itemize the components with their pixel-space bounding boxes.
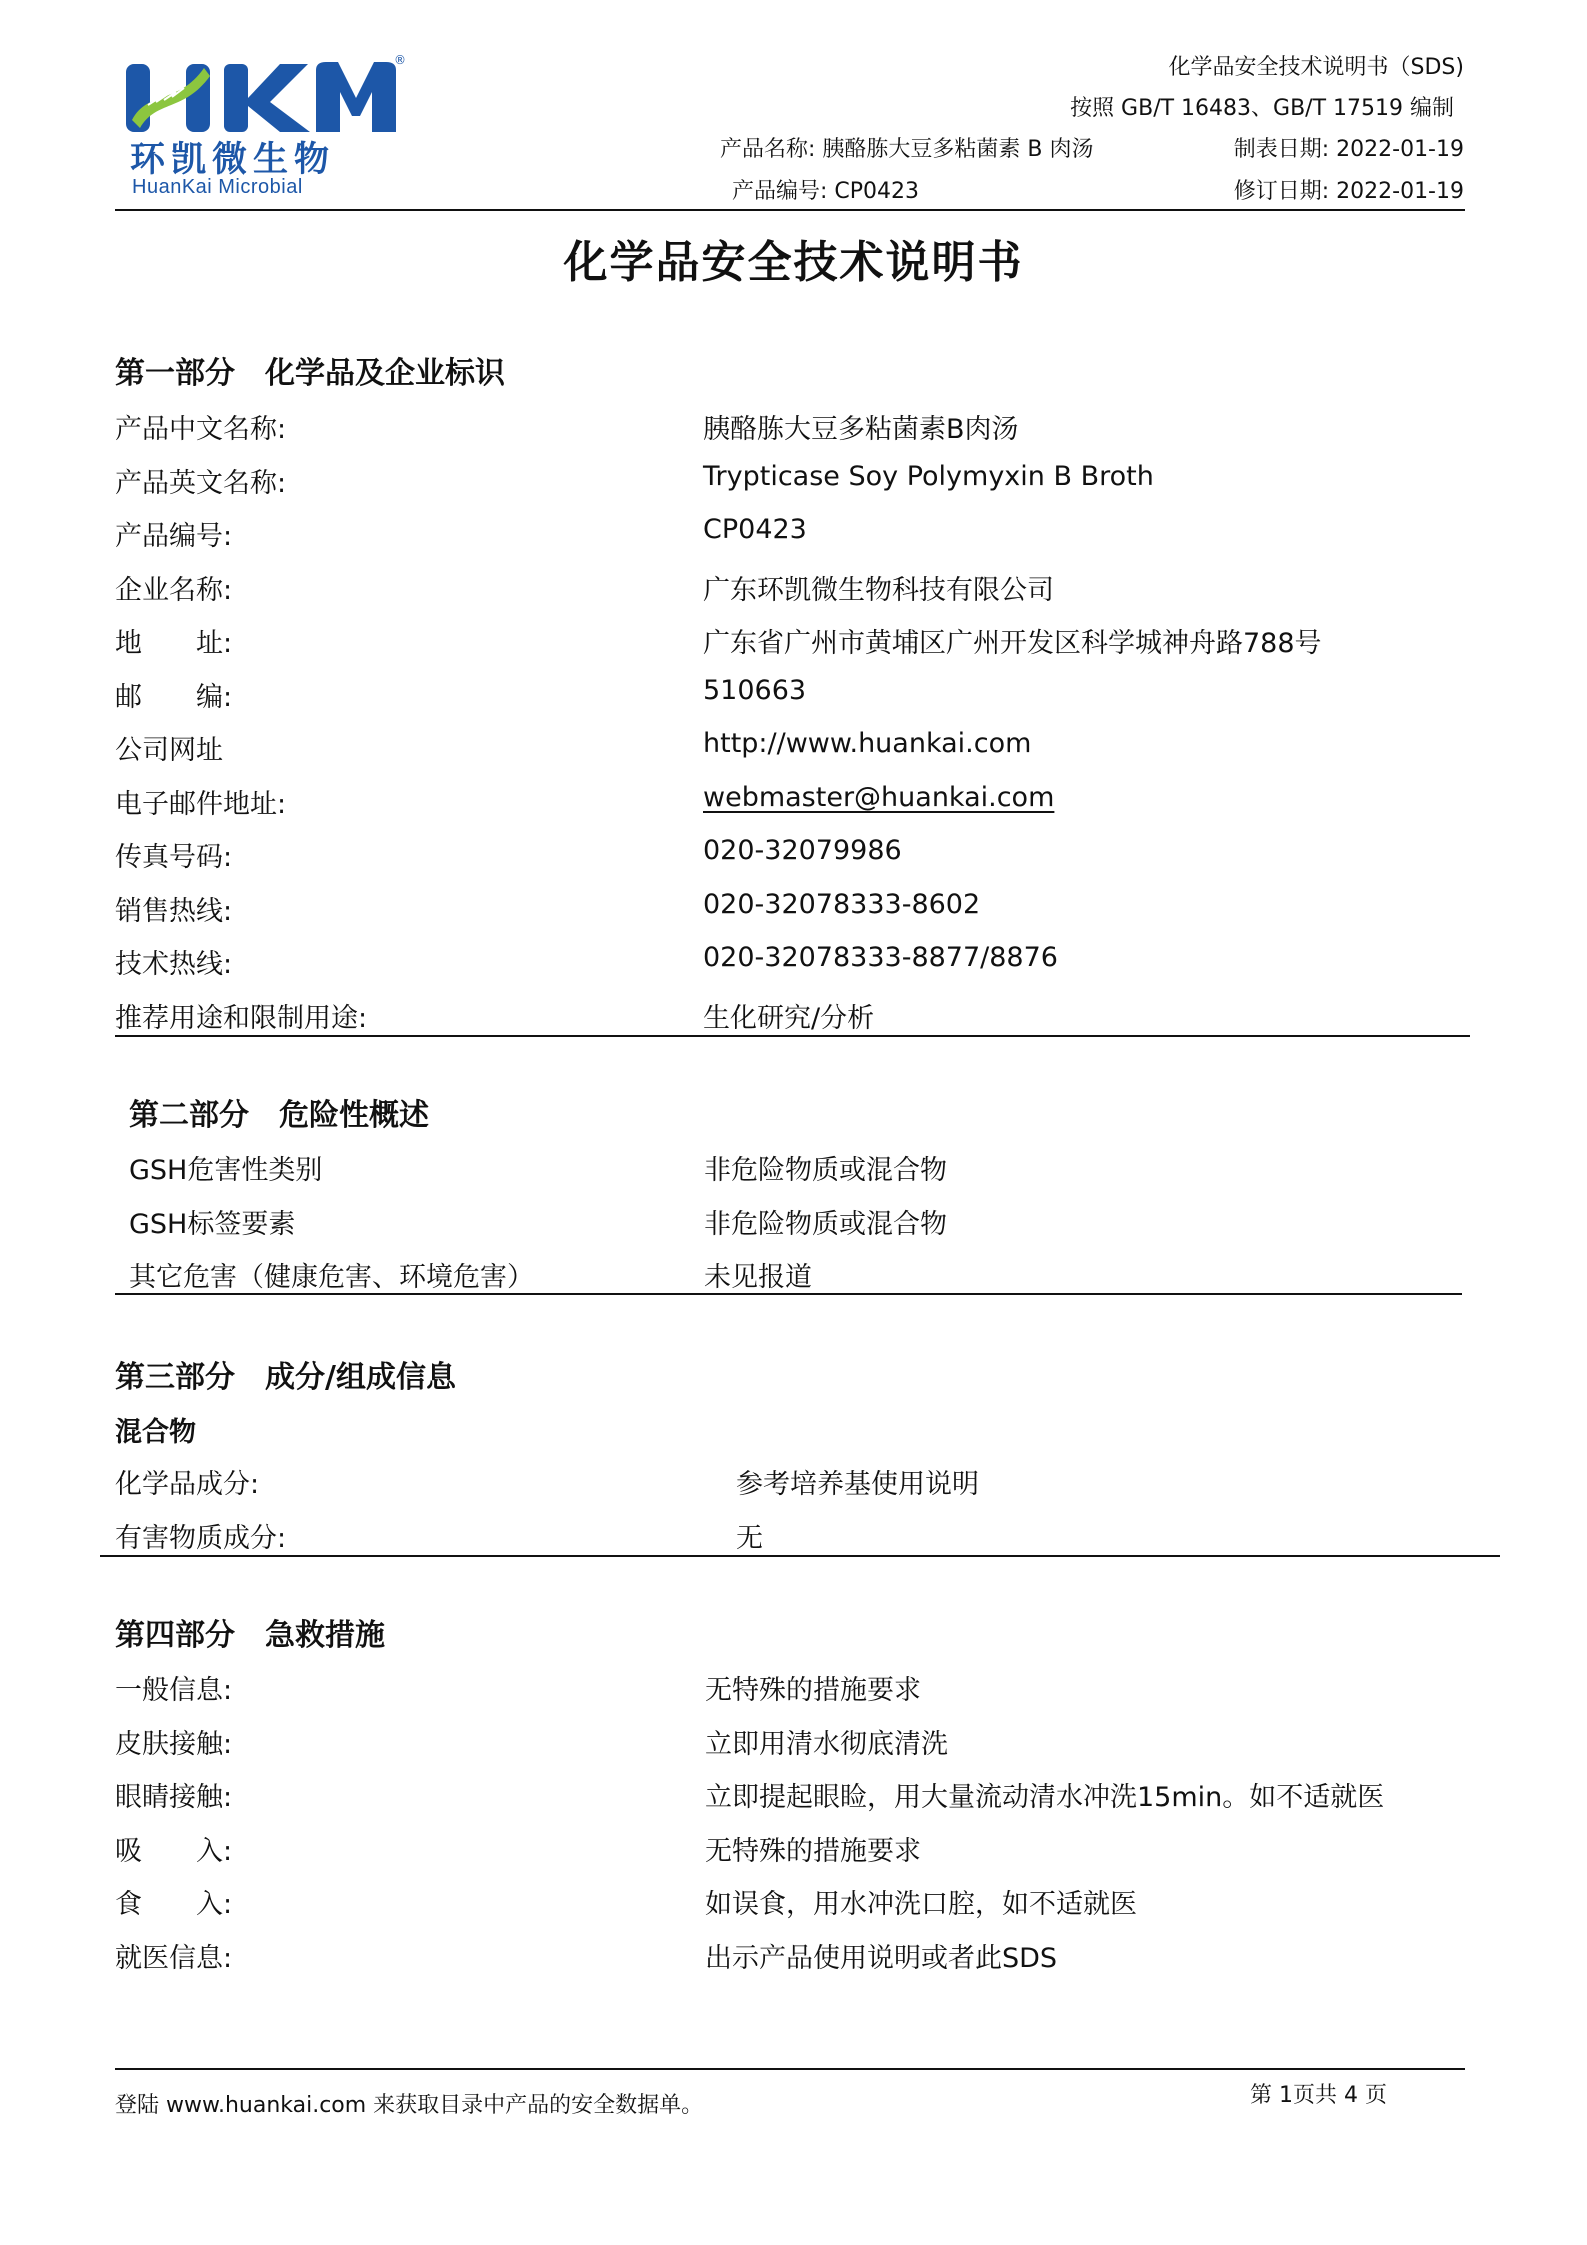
list-item: 企业名称: 广东环凯微生物科技有限公司 xyxy=(0,568,1587,608)
mixture-subheading: 混合物 xyxy=(115,1410,196,1449)
section-1-title: 第一部分 化学品及企业标识 xyxy=(115,348,505,392)
field-label: 销售热线: xyxy=(115,889,232,928)
field-value: 020-32078333-8877/8876 xyxy=(703,942,1058,973)
list-item: 产品中文名称: 胰酪胨大豆多粘菌素B肉汤 xyxy=(0,407,1587,447)
field-value: 胰酪胨大豆多粘菌素B肉汤 xyxy=(703,407,1019,446)
list-item: GSH危害性类别 非危险物质或混合物 xyxy=(0,1148,1587,1188)
field-value: 如误食，用水冲洗口腔，如不适就医 xyxy=(705,1882,1137,1921)
section-3-divider xyxy=(100,1555,1500,1557)
field-value: 020-32079986 xyxy=(703,835,902,866)
header-product-name: 产品名称: 胰酪胨大豆多粘菌素 B 肉汤 xyxy=(720,132,1094,163)
list-item: 其它危害（健康危害、环境危害） 未见报道 xyxy=(0,1255,1587,1295)
field-label: 一般信息: xyxy=(115,1668,232,1707)
website-link[interactable]: http://www.huankai.com xyxy=(703,728,1031,759)
footer-divider xyxy=(115,2068,1465,2070)
field-value: 参考培养基使用说明 xyxy=(736,1462,979,1501)
field-value: 立即提起眼睑，用大量流动清水冲洗15min。如不适就医 xyxy=(705,1775,1384,1814)
field-label: 传真号码: xyxy=(115,835,232,874)
field-label: 推荐用途和限制用途: xyxy=(115,996,367,1035)
header-created-date: 制表日期: 2022-01-19 xyxy=(1234,132,1464,163)
standard-reference: 按照 GB/T 16483、GB/T 17519 编制 xyxy=(1070,91,1454,122)
field-label: 技术热线: xyxy=(115,942,232,981)
list-item: 一般信息: 无特殊的措施要求 xyxy=(0,1668,1587,1708)
field-value: 无特殊的措施要求 xyxy=(705,1668,921,1707)
field-value: 无 xyxy=(736,1516,763,1555)
field-value: 非危险物质或混合物 xyxy=(704,1202,947,1241)
page-number: 第 1页共 4 页 xyxy=(1250,2078,1387,2109)
field-label: 化学品成分: xyxy=(115,1462,259,1501)
field-value: 出示产品使用说明或者此SDS xyxy=(705,1936,1057,1975)
list-item: 邮 编: 510663 xyxy=(0,675,1587,715)
doc-type: 化学品安全技术说明书（SDS) xyxy=(1169,50,1464,81)
header-revised-date: 修订日期: 2022-01-19 xyxy=(1234,174,1464,205)
logo-english-name: HuanKai Microbial xyxy=(132,176,303,199)
field-value: 无特殊的措施要求 xyxy=(705,1829,921,1868)
list-item: 技术热线: 020-32078333-8877/8876 xyxy=(0,942,1587,982)
list-item: 吸 入: 无特殊的措施要求 xyxy=(0,1829,1587,1869)
section-3-title: 第三部分 成分/组成信息 xyxy=(115,1352,456,1396)
field-label: 电子邮件地址: xyxy=(115,782,286,821)
field-value: 生化研究/分析 xyxy=(703,996,874,1035)
header-divider xyxy=(115,209,1465,211)
field-label: 产品编号: xyxy=(115,514,232,553)
document-title: 化学品安全技术说明书 xyxy=(0,226,1587,290)
list-item: 皮肤接触: 立即用清水彻底清洗 xyxy=(0,1722,1587,1762)
list-item: 就医信息: 出示产品使用说明或者此SDS xyxy=(0,1936,1587,1976)
field-value: 立即用清水彻底清洗 xyxy=(705,1722,948,1761)
hkm-logo-icon: ® xyxy=(118,50,408,140)
list-item: 产品编号: CP0423 xyxy=(0,514,1587,554)
email-link[interactable]: webmaster@huankai.com xyxy=(703,782,1054,813)
list-item: GSH标签要素 非危险物质或混合物 xyxy=(0,1202,1587,1242)
list-item: 地 址: 广东省广州市黄埔区广州开发区科学城神舟路788号 xyxy=(0,621,1587,661)
field-value: 510663 xyxy=(703,675,806,706)
header-product-code: 产品编号: CP0423 xyxy=(732,174,919,205)
svg-text:®: ® xyxy=(394,53,406,67)
section-2-divider xyxy=(115,1293,1462,1295)
list-item: 传真号码: 020-32079986 xyxy=(0,835,1587,875)
list-item: 推荐用途和限制用途: 生化研究/分析 xyxy=(0,996,1587,1036)
field-label: 地 址: xyxy=(115,621,232,660)
field-label: GSH标签要素 xyxy=(129,1202,295,1241)
field-value: 020-32078333-8602 xyxy=(703,889,980,920)
field-label: 有害物质成分: xyxy=(115,1516,286,1555)
field-label: 产品中文名称: xyxy=(115,407,286,446)
field-label: 邮 编: xyxy=(115,675,232,714)
footer-note: 登陆 www.huankai.com 来获取目录中产品的安全数据单。 xyxy=(115,2088,703,2119)
list-item: 食 入: 如误食，用水冲洗口腔，如不适就医 xyxy=(0,1882,1587,1922)
field-value: Trypticase Soy Polymyxin B Broth xyxy=(703,461,1154,492)
field-value: 广东环凯微生物科技有限公司 xyxy=(703,568,1054,607)
field-label: 食 入: xyxy=(115,1882,232,1921)
list-item: 电子邮件地址: webmaster@huankai.com xyxy=(0,782,1587,822)
field-label: 企业名称: xyxy=(115,568,232,607)
field-value: 未见报道 xyxy=(704,1255,812,1294)
list-item: 产品英文名称: Trypticase Soy Polymyxin B Broth xyxy=(0,461,1587,501)
field-value: CP0423 xyxy=(703,514,807,545)
field-label: 眼睛接触: xyxy=(115,1775,232,1814)
field-label: 其它危害（健康危害、环境危害） xyxy=(129,1255,534,1294)
section-2-title: 第二部分 危险性概述 xyxy=(129,1090,429,1134)
field-value: 广东省广州市黄埔区广州开发区科学城神舟路788号 xyxy=(703,621,1322,660)
section-4-title: 第四部分 急救措施 xyxy=(115,1610,385,1654)
field-label: 产品英文名称: xyxy=(115,461,286,500)
list-item: 化学品成分: 参考培养基使用说明 xyxy=(0,1462,1587,1502)
field-label: GSH危害性类别 xyxy=(129,1148,322,1187)
list-item: 眼睛接触: 立即提起眼睑，用大量流动清水冲洗15min。如不适就医 xyxy=(0,1775,1587,1815)
section-1-divider xyxy=(115,1035,1470,1037)
field-label: 吸 入: xyxy=(115,1829,232,1868)
logo-chinese-name: 环凯微生物 xyxy=(130,132,335,182)
list-item: 公司网址 http://www.huankai.com xyxy=(0,728,1587,768)
list-item: 有害物质成分: 无 xyxy=(0,1516,1587,1556)
field-label: 公司网址 xyxy=(115,728,223,767)
field-value: 非危险物质或混合物 xyxy=(704,1148,947,1187)
field-label: 皮肤接触: xyxy=(115,1722,232,1761)
list-item: 销售热线: 020-32078333-8602 xyxy=(0,889,1587,929)
field-label: 就医信息: xyxy=(115,1936,232,1975)
